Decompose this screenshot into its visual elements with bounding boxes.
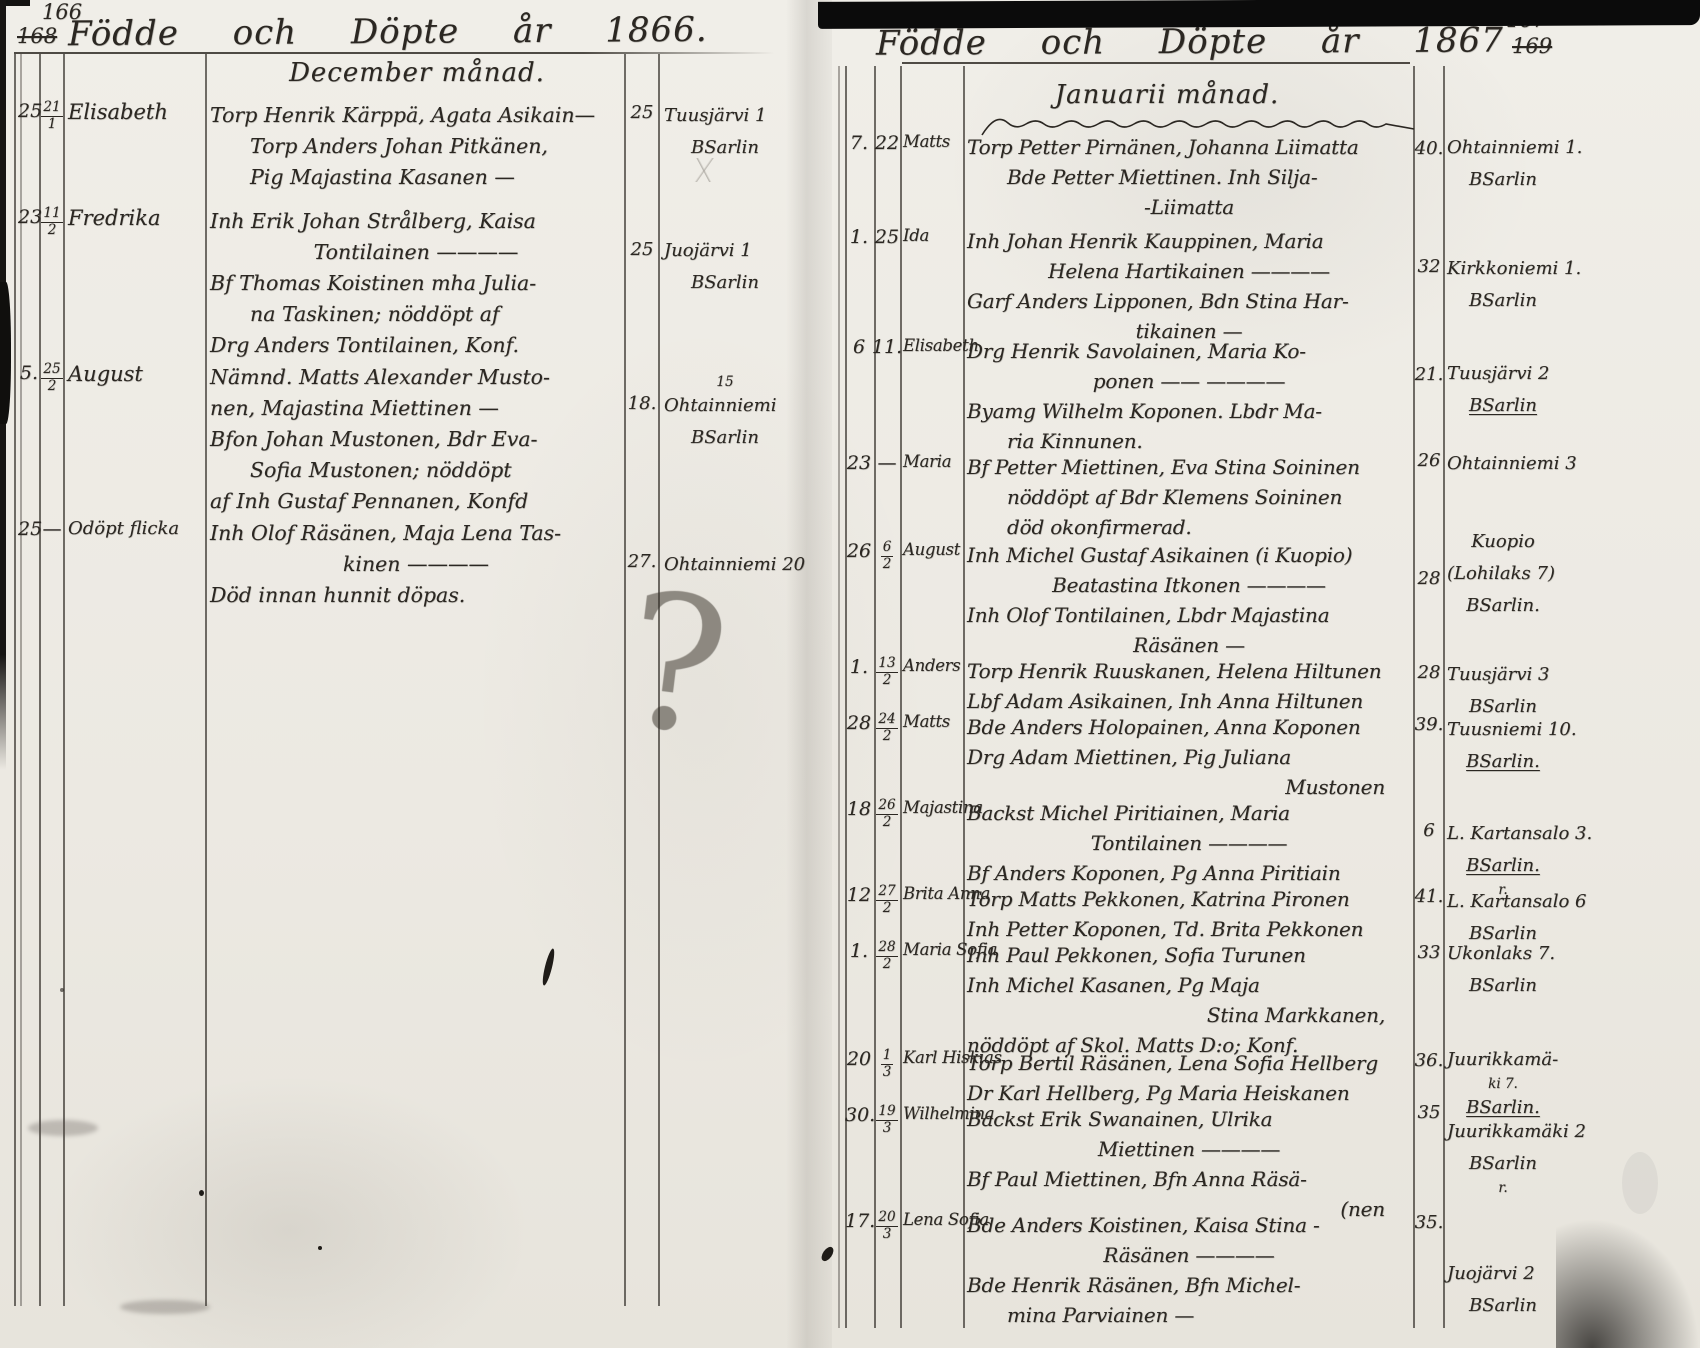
entry-text-line: Inh Olof Tontilainen, Lbdr Majastina [967,600,1411,630]
village-and-pastor: Ohtainniemi 20 [664,549,786,581]
parents-and-sponsors: Bde Anders Holopainen, Anna Koponen Drg … [967,712,1411,802]
entry-text-line: Bf Thomas Koistinen mha Julia- [210,268,622,299]
village-and-pastor: Tuusjärvi 2 BSarlin [1447,358,1559,422]
baptism-date: — [40,518,64,540]
entry-text-line: Bf Paul Miettinen, Bfn Anna Räsä- [967,1164,1411,1194]
parents-and-sponsors: Torp Henrik Ruuskanen, Helena Hiltunen L… [967,656,1411,716]
entry-text-line: na Taskinen; nöddöpt af [210,299,622,330]
parents-and-sponsors: Torp Petter Pirnänen, Johanna Liimatta B… [967,132,1411,222]
baptism-date: 62 [874,540,900,572]
location-line: Ohtainniemi [664,390,786,422]
entry-text-line: Sofia Mustonen; nöddöpt [210,455,622,486]
entry-text-line: död okonfirmerad. [967,512,1411,542]
entry-text-line: Tontilainen ———— [967,828,1411,858]
entry-number: 41. [1414,886,1444,907]
village-and-pastor: Tuusjärvi 1 BSarlin [664,100,786,164]
born-date: 20 [845,1048,873,1070]
born-date: 25 [18,100,40,122]
column-rule [963,66,965,1328]
page-number-struck: 168 [17,24,57,48]
location-line: L. Kartansalo 6 [1447,886,1559,918]
column-rule [20,54,22,1306]
entry-text-line: Drg Henrik Savolainen, Maria Ko- [967,336,1411,366]
parents-and-sponsors: Bf Petter Miettinen, Eva Stina Soininen … [967,452,1411,542]
entry-text-line: Inh Erik Johan Strålberg, Kaisa [210,206,622,237]
baptism-date: 242 [874,712,900,744]
column-rule [900,66,902,1328]
entry-text-line: af Inh Gustaf Pennanen, Konfd [210,486,622,517]
village-and-pastor: Ohtainniemi 3 [1447,448,1559,480]
month-header: Januarii månad. [967,80,1367,110]
column-rule [838,66,840,1328]
parents-and-sponsors: Backst Michel Piritiainen, Maria Tontila… [967,798,1411,888]
born-date: 30. [845,1104,873,1126]
location-line: Kirkkoniemi 1. [1447,253,1559,285]
baptism-date: — [874,452,900,474]
entry-number: 32 [1414,256,1444,277]
entry-text-line: Bfon Johan Mustonen, Bdr Eva- [210,424,622,455]
column-rule [63,54,65,1306]
child-name: August [68,362,206,386]
header-rule [14,52,774,54]
location-line: Ukonlaks 7. [1447,938,1559,970]
child-name: Lena Sofia [903,1210,965,1229]
child-name: Majastina [903,798,965,817]
entry-text-line: Backst Michel Piritiainen, Maria [967,798,1411,828]
column-rule [14,54,16,1306]
entry-text-line: Inh Olof Räsänen, Maja Lena Tas- [210,518,622,549]
entry-number: 28 [1414,662,1444,683]
location-line: BSarlin [1447,164,1559,196]
location-line: Juojärvi 1 [664,235,786,267]
book-page-edges [1556,0,1700,1348]
entry-number: 6 [1414,820,1444,841]
ink-speck [199,1190,204,1196]
entry-number: 27. [627,551,657,572]
born-date: 5. [18,362,40,384]
parents-and-sponsors: Inh Erik Johan Strålberg, Kaisa Tontilai… [210,206,622,361]
village-and-pastor: Ohtainniemi 1. BSarlin [1447,132,1559,196]
entry-number: 28 [1414,568,1444,589]
baptism-date: 112 [40,206,64,238]
parents-and-sponsors: Inh Johan Henrik Kauppinen, Maria Helena… [967,226,1411,346]
entry-number: 25 [627,102,657,123]
entry-text-line: Pig Majastina Kasanen — [210,162,622,193]
bleedthrough-mark: ? [613,551,738,777]
entry-text-line: Bf Petter Miettinen, Eva Stina Soininen [967,452,1411,482]
baptism-date: 252 [40,362,64,394]
born-date: 12 [845,884,873,906]
born-date: 17. [845,1210,873,1232]
entry-number: 25 [627,239,657,260]
entry-number: 35 [1414,1102,1444,1123]
born-date: 6 [845,336,873,358]
entry-text-line: Torp Bertil Räsänen, Lena Sofia Hellberg [967,1048,1411,1078]
born-date: 23 [18,206,40,228]
born-date: 1. [845,226,873,248]
baptism-date: 25 [874,226,900,248]
entry-text-line: Helena Hartikainen ———— [967,256,1411,286]
entry-text-line: Bde Henrik Räsänen, Bfn Michel- [967,1270,1411,1300]
baptism-date: 22 [874,132,900,154]
entry-text-line: Nämnd. Matts Alexander Musto- [210,362,622,393]
location-line: BSarlin [664,132,786,164]
paper-smudge [28,1120,98,1136]
child-name: Maria Sofia [903,940,965,959]
child-name: Anders [903,656,965,675]
entry-number: 40. [1414,138,1444,159]
parents-and-sponsors: Torp Bertil Räsänen, Lena Sofia Hellberg… [967,1048,1411,1108]
entry-number: 18. [627,393,657,414]
village-and-pastor: Juurikkamä- ki 7. BSarlin. [1447,1044,1559,1124]
village-and-pastor: 15 Ohtainniemi BSarlin [664,374,786,454]
location-line: BSarlin [664,267,786,299]
child-name: August [903,540,965,559]
paper-smudge [120,1300,210,1314]
parents-and-sponsors: Drg Henrik Savolainen, Maria Ko- ponen —… [967,336,1411,456]
entry-text-line: Inh Michel Gustaf Asikainen (i Kuopio) [967,540,1411,570]
baptism-date: 13 [874,1048,900,1080]
born-date: 23 [845,452,873,474]
column-rule [658,54,660,1306]
location-line: (Lohilaks 7) [1447,558,1559,590]
child-name: Odöpt flicka [68,518,206,539]
entry-text-line: Beatastina Itkonen ———— [967,570,1411,600]
entry-text-line: Backst Erik Swanainen, Ulrika [967,1104,1411,1134]
entry-text-line: Bde Anders Koistinen, Kaisa Stina - [967,1210,1411,1240]
entry-text-line: Garf Anders Lipponen, Bdn Stina Har- [967,286,1411,316]
entry-text-line: Inh Michel Kasanen, Pg Maja [967,970,1411,1000]
entry-text-line: mina Parviainen — [967,1300,1411,1330]
location-line: Juojärvi 2 [1447,1258,1559,1290]
village-and-pastor: Ukonlaks 7. BSarlin [1447,938,1559,1002]
village-and-pastor: Tuusniemi 10. BSarlin. [1447,714,1559,778]
entry-text-line: Stina Markkanen, [967,1000,1411,1030]
location-line: BSarlin. [1447,850,1559,882]
book-gutter-shadow [786,0,832,1348]
entry-number: 21. [1414,364,1444,385]
entry-text-line: nen, Majastina Miettinen — [210,393,622,424]
column-rule [205,54,207,1306]
entry-number: 36. [1414,1050,1444,1071]
entry-text-line: Död innan hunnit döpas. [210,580,622,611]
born-date: 18 [845,798,873,820]
entry-number: 33 [1414,942,1444,963]
baptism-date: 132 [874,656,900,688]
location-line: BSarlin. [1447,590,1559,622]
entry-number: 35. [1414,1212,1444,1233]
location-line: Juurikkamä- [1447,1044,1559,1076]
parents-and-sponsors: Inh Michel Gustaf Asikainen (i Kuopio) B… [967,540,1411,660]
location-line: Tuusjärvi 1 [664,100,786,132]
location-line: BSarlin [1447,390,1559,422]
page-edge-highlight [1622,1152,1658,1214]
child-name: Matts [903,132,965,151]
parents-and-sponsors: Inh Olof Räsänen, Maja Lena Tas- kinen —… [210,518,622,611]
page-number-struck: 169 [1512,34,1552,58]
location-line: Ohtainniemi 20 [664,549,786,581]
entry-text-line: Torp Petter Pirnänen, Johanna Liimatta [967,132,1411,162]
parents-and-sponsors: Torp Matts Pekkonen, Katrina Pironen Inh… [967,884,1411,944]
location-line: BSarlin [1447,1148,1559,1180]
child-name: Fredrika [68,206,206,230]
location-line: Ohtainniemi 3 [1447,448,1559,480]
month-header: December månad. [210,58,624,88]
parents-and-sponsors: Torp Henrik Kärppä, Agata Asikain— Torp … [210,100,622,193]
location-line: BSarlin [664,422,786,454]
entry-text-line: Byamg Wilhelm Koponen. Lbdr Ma- [967,396,1411,426]
baptism-date: 272 [874,884,900,916]
ink-speck [60,988,64,992]
location-line: Ohtainniemi 1. [1447,132,1559,164]
entry-text-line: Drg Anders Tontilainen, Konf. [210,330,622,361]
scan-edge-blob [0,282,11,424]
entry-text-line: Drg Adam Miettinen, Pig Juliana [967,742,1411,772]
location-line: Juurikkamäki 2 [1447,1116,1559,1148]
village-and-pastor: Kirkkoniemi 1. BSarlin [1447,253,1559,317]
entry-text-line: Torp Henrik Kärppä, Agata Asikain— [210,100,622,131]
column-rule [874,66,876,1328]
parents-and-sponsors: Bde Anders Koistinen, Kaisa Stina - Räsä… [967,1210,1411,1330]
baptism-date: 203 [874,1210,900,1242]
location-line: r. [1447,1180,1559,1196]
location-line: Tuusniemi 10. [1447,714,1559,746]
entry-text-line: Torp Matts Pekkonen, Katrina Pironen [967,884,1411,914]
ink-speck [318,1246,322,1250]
born-date: 25 [18,518,40,540]
child-name: Matts [903,712,965,731]
baptism-date: 262 [874,798,900,830]
baptism-date: 211 [40,100,64,132]
child-name: Ida [903,226,965,245]
entry-text-line: Miettinen ———— [967,1134,1411,1164]
village-and-pastor: Juojärvi 1 BSarlin [664,235,786,299]
entry-text-line: Räsänen ———— [967,1240,1411,1270]
entry-text-line: -Liimatta [967,192,1411,222]
parents-and-sponsors: Inh Paul Pekkonen, Sofia Turunen Inh Mic… [967,940,1411,1060]
born-date: 26 [845,540,873,562]
parents-and-sponsors: Backst Erik Swanainen, Ulrika Miettinen … [967,1104,1411,1224]
entry-text-line: nöddöpt af Bdr Klemens Soininen [967,482,1411,512]
register-scan: 166 168 Födde och Döpte år 1866. ? Decem… [0,0,1700,1348]
born-date: 1. [845,656,873,678]
page-1867: 167 Födde och Döpte år 1867 169 Januarii… [830,0,1560,1348]
entry-text-line: Bde Anders Holopainen, Anna Koponen [967,712,1411,742]
location-line: 15 [664,374,786,390]
entry-text-line: Inh Paul Pekkonen, Sofia Turunen [967,940,1411,970]
location-line: BSarlin [1447,1290,1559,1322]
born-date: 7. [845,132,873,154]
born-date: 1. [845,940,873,962]
entry-number: 39. [1414,714,1444,735]
child-name: Maria [903,452,965,471]
village-and-pastor: Kuopio (Lohilaks 7) BSarlin. [1447,526,1559,622]
location-line: BSarlin. [1447,746,1559,778]
village-and-pastor: Juojärvi 2 BSarlin [1447,1258,1559,1322]
child-name: Elisabeth [68,100,206,124]
entry-text-line: Torp Henrik Ruuskanen, Helena Hiltunen [967,656,1411,686]
baptism-date: 11. [874,336,900,358]
born-date: 28 [845,712,873,734]
location-line: L. Kartansalo 3. [1447,818,1559,850]
location-line: Tuusjärvi 2 [1447,358,1559,390]
child-name: Wilhelmina [903,1104,965,1123]
village-and-pastor: Juurikkamäki 2 BSarlin r. [1447,1116,1559,1196]
entry-text-line: Torp Anders Johan Pitkänen, [210,131,622,162]
entry-text-line: kinen ———— [210,549,622,580]
location-line: ki 7. [1447,1076,1559,1092]
baptism-date: 193 [874,1104,900,1136]
entry-number: 26 [1414,450,1444,471]
entry-text-line: Bde Petter Miettinen. Inh Silja- [967,162,1411,192]
entry-text-line: Inh Johan Henrik Kauppinen, Maria [967,226,1411,256]
child-name: Brita Anna [903,884,965,903]
page-1866: 166 168 Födde och Döpte år 1866. ? Decem… [14,0,790,1348]
child-name: Karl Hiskias [903,1048,965,1067]
column-rule [624,54,626,1306]
location-line: Kuopio [1447,526,1559,558]
location-line: BSarlin [1447,285,1559,317]
parents-and-sponsors: Nämnd. Matts Alexander Musto- nen, Majas… [210,362,622,517]
column-rule [39,54,41,1306]
title-underline [902,62,1410,64]
child-name: Elisabeth [903,336,965,355]
entry-text-line: ponen —— ———— [967,366,1411,396]
baptism-date: 282 [874,940,900,972]
location-line: Tuusjärvi 3 [1447,659,1559,691]
column-rule [845,66,847,1328]
location-line: BSarlin [1447,970,1559,1002]
entry-text-line: Tontilainen ———— [210,237,622,268]
page-title: Födde och Döpte år 1866. [68,10,708,54]
